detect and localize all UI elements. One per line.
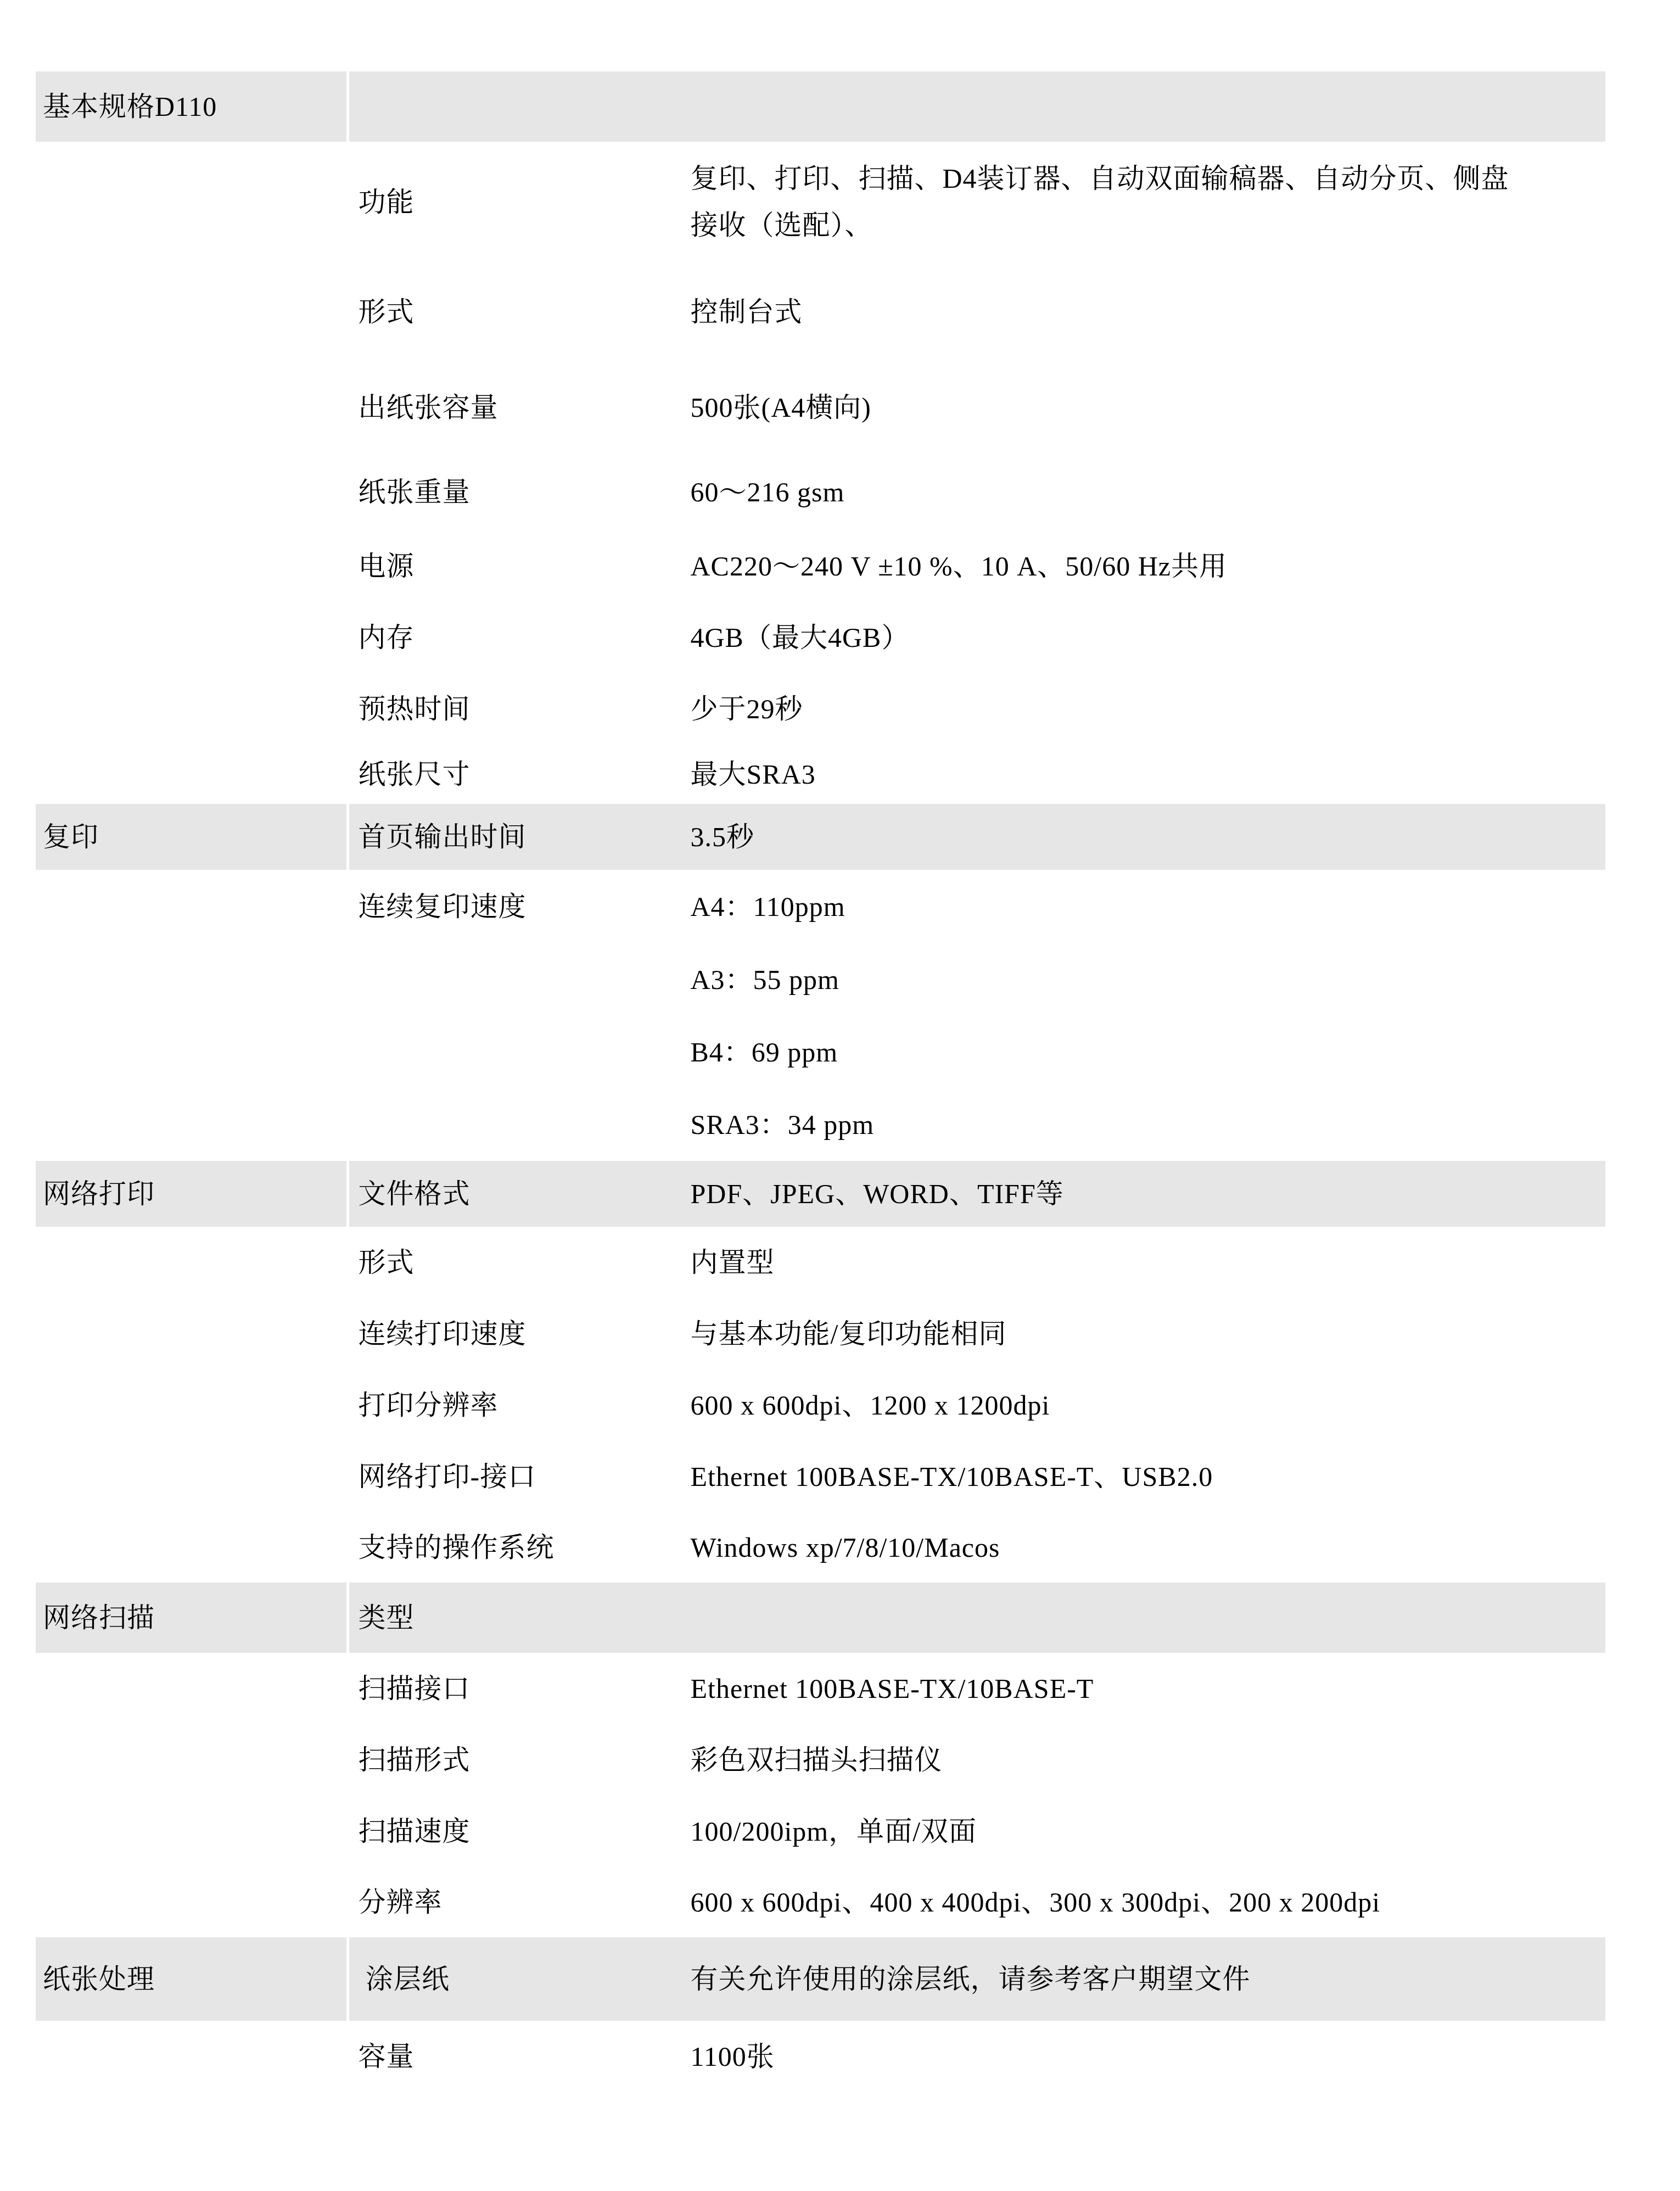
spec-row: 内存4GB（最大4GB） [36,602,1605,673]
section-name-cell [36,1512,348,1583]
spec-value: 600 x 600dpi、400 x 400dpi、300 x 300dpi、2… [691,1879,1606,1926]
spec-row: 支持的操作系统Windows xp/7/8/10/Macos [36,1512,1605,1583]
section-name-cell [36,1441,348,1512]
spec-row: 连续复印速度A4：110ppm [36,870,1605,943]
section-name-cell [36,1088,348,1161]
spec-label: 类型 [349,1595,691,1641]
spec-label: 功能 [349,179,691,226]
spec-row: Ethernet 100BASE-TX/10BASE-T、USB2.0网络打印-… [36,1441,1605,1512]
document-page: { "colors": { "band_bg": "#e6e6e6", "tex… [0,0,1680,2191]
spec-value: 100/200ipm，单面/双面 [691,1808,1606,1855]
spec-label: 文件格式 [349,1171,691,1217]
section-header-row: 网络打印 文件格式PDF、JPEG、WORD、TIFF等 [36,1161,1605,1227]
spec-row: 分辨率600 x 600dpi、400 x 400dpi、300 x 300dp… [36,1867,1605,1937]
section-name-cell [36,361,348,454]
spec-row: 出纸张容量500张(A4横向) [36,361,1605,454]
spec-value: 60〜216 gsm [691,469,1606,516]
spec-value: 复印、打印、扫描、D4装订器、自动双面输稿器、自动分页、侧盘 接收（选配）、 [691,155,1606,249]
section-name-cell [36,1016,348,1088]
spec-row: 形式内置型 [36,1227,1605,1298]
section-name-cell [36,745,348,804]
spec-value: 少于29秒 [691,686,1606,733]
spec-row: 纸张重量60〜216 gsm [36,454,1605,530]
section-header-row: 基本规格D110 [36,71,1605,142]
spec-label: 形式 [349,1239,691,1286]
spec-label: 纸张尺寸 [349,751,691,798]
spec-label: 连续打印速度 [349,1311,691,1357]
spec-row: 容量1100张 [36,2021,1605,2092]
spec-value: 600 x 600dpi、1200 x 1200dpi [691,1382,1606,1429]
spec-row: SRA3：34 ppm [36,1088,1605,1161]
section-name-cell [36,454,348,530]
section-header-row: 网络扫描 类型 [36,1583,1605,1653]
spec-label: 预热时间 [349,686,691,733]
spec-value: 最大SRA3 [691,751,1606,798]
spec-row: B4：69 ppm [36,1016,1605,1088]
section-name-cell: 基本规格D110 [36,71,348,142]
section-name-cell: 复印 [36,804,348,870]
section-name-cell [36,1867,348,1937]
spec-label: 扫描形式 [349,1737,691,1784]
spec-value: 500张(A4横向) [691,384,1606,431]
spec-label: 形式 [349,289,691,336]
spec-label: 扫描速度 [349,1808,691,1855]
spec-value: 彩色双扫描头扫描仪 [691,1737,1606,1784]
section-header-row: 纸张处理 涂层纸有关允许使用的涂层纸，请参考客户期望文件 [36,1937,1605,2021]
spec-row: 功能复印、打印、扫描、D4装订器、自动双面输稿器、自动分页、侧盘 接收（选配）、 [36,142,1605,262]
spec-value: PDF、JPEG、WORD、TIFF等 [691,1171,1606,1217]
spec-row: 扫描形式彩色双扫描头扫描仪 [36,1724,1605,1796]
section-name-cell [36,673,348,745]
section-name-cell [36,602,348,673]
section-name-cell [36,1724,348,1796]
spec-label: 首页输出时间 [349,814,691,860]
spec-value: A3：55 ppm [691,957,1606,1003]
spec-row: 扫描接口Ethernet 100BASE-TX/10BASE-T [36,1653,1605,1724]
section-header-filler-cell [348,71,1605,142]
spec-value: AC220〜240 V ±10 %、10 A、50/60 Hz共用 [691,543,1606,590]
section-name-cell [36,2021,348,2092]
spec-row: 打印分辨率600 x 600dpi、1200 x 1200dpi [36,1370,1605,1441]
section-name-cell [36,1298,348,1370]
section-name-cell [36,870,348,943]
spec-value: Ethernet 100BASE-TX/10BASE-T [691,1665,1606,1712]
spec-row: 纸张尺寸最大SRA3 [36,745,1605,804]
spec-value: Windows xp/7/8/10/Macos [691,1524,1606,1571]
spec-value: 有关允许使用的涂层纸，请参考客户期望文件 [691,1956,1606,2003]
section-name-cell [36,1653,348,1724]
section-name-cell [36,1796,348,1867]
section-name-cell: 网络打印 [36,1161,348,1227]
spec-value: B4：69 ppm [691,1029,1606,1076]
spec-table: 基本规格D110 功能复印、打印、扫描、D4装订器、自动双面输稿器、自动分页、侧… [36,71,1605,2092]
spec-label: 内存 [349,614,691,661]
section-name-cell: 纸张处理 [36,1937,348,2021]
spec-label: 电源 [349,543,691,590]
spec-label: 连续复印速度 [349,884,691,930]
spec-value: Ethernet 100BASE-TX/10BASE-T、USB2.0 [691,1454,1606,1500]
spec-row: 电源AC220〜240 V ±10 %、10 A、50/60 Hz共用 [36,530,1605,602]
section-name-cell [36,1227,348,1298]
spec-value: A4：110ppm [691,884,1606,930]
spec-label: 分辨率 [349,1879,691,1926]
spec-row: A3：55 ppm [36,943,1605,1016]
section-name-cell [36,1370,348,1441]
spec-value: 1100张 [691,2033,1606,2080]
spec-row: 扫描速度100/200ipm，单面/双面 [36,1796,1605,1867]
spec-value: SRA3：34 ppm [691,1102,1606,1148]
section-name-cell: 网络扫描 [36,1583,348,1653]
spec-label: 涂层纸 [349,1956,691,2003]
spec-label: 支持的操作系统 [349,1524,691,1571]
spec-value: 与基本功能/复印功能相同 [691,1311,1606,1357]
section-name-cell [36,530,348,602]
spec-label: 打印分辨率 [349,1382,691,1429]
section-name-cell [36,142,348,262]
section-name-cell [36,262,348,361]
spec-value: 控制台式 [691,289,1606,336]
spec-value: 3.5秒 [691,814,1606,860]
spec-value: 4GB（最大4GB） [691,614,1606,661]
spec-label: 纸张重量 [349,469,691,516]
section-name-cell [36,943,348,1016]
spec-row: 连续打印速度与基本功能/复印功能相同 [36,1298,1605,1370]
section-header-row: 复印 首页输出时间3.5秒 [36,804,1605,870]
spec-label: 出纸张容量 [349,384,691,431]
spec-label: 扫描接口 [349,1665,691,1712]
spec-value: 内置型 [691,1239,1606,1286]
spec-label: 容量 [349,2033,691,2080]
spec-row: 形式控制台式 [36,262,1605,361]
spec-row: 预热时间少于29秒 [36,673,1605,745]
